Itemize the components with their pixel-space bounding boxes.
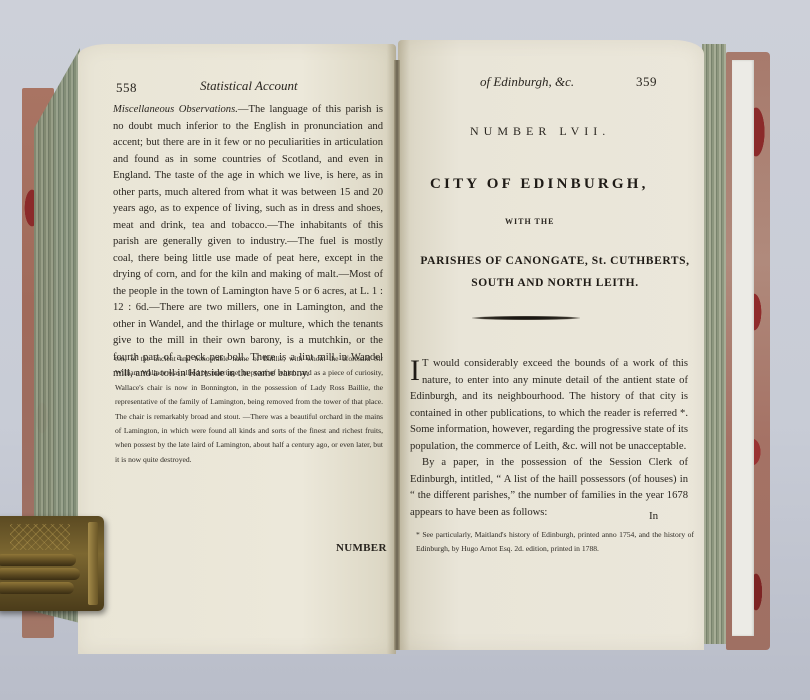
book-gutter — [394, 60, 400, 650]
subtitle-line-2: SOUTH AND NORTH LEITH. — [410, 272, 700, 294]
clip-coil — [0, 554, 76, 566]
flyleaf — [732, 60, 754, 636]
left-footnote: ton, of the ancient and honourable name … — [115, 352, 383, 467]
left-catchword: NUMBER — [336, 542, 387, 554]
right-running-head: of Edinburgh, &c. — [480, 74, 574, 90]
right-main-text: IT would considerably exceed the bounds … — [410, 356, 688, 521]
clip-coil — [0, 582, 74, 594]
brass-page-clip — [0, 516, 104, 611]
number-heading: NUMBER LVII. — [470, 124, 610, 139]
paragraph-lead: Miscellaneous Observations. — [113, 104, 238, 115]
ornamental-rule — [472, 316, 580, 320]
right-paragraph-1: IT would considerably exceed the bounds … — [410, 356, 688, 455]
right-footnote: * See particularly, Maitland's history o… — [416, 528, 694, 557]
subtitle-line-1: PARISHES OF CANONGATE, St. CUTHBERTS, — [410, 250, 700, 272]
clip-coil — [0, 568, 80, 580]
clip-crosshatch — [10, 524, 70, 550]
right-page-stack-edge — [702, 44, 726, 644]
right-paragraph-2: By a paper, in the possession of the Ses… — [410, 455, 688, 521]
right-catchword: In — [649, 510, 658, 522]
left-main-paragraph: Miscellaneous Observations.—The language… — [113, 102, 383, 383]
chapter-subtitle: PARISHES OF CANONGATE, St. CUTHBERTS, SO… — [410, 250, 700, 294]
with-the-label: WITH THE — [505, 217, 554, 226]
chapter-title: CITY OF EDINBURGH, — [430, 176, 649, 193]
clip-frame — [88, 522, 98, 605]
left-running-head: Statistical Account — [200, 78, 298, 94]
drop-cap: I — [410, 358, 420, 384]
left-page-number: 558 — [116, 80, 137, 96]
book-photo: 558 Statistical Account Miscellaneous Ob… — [0, 0, 810, 700]
right-page-number: 359 — [636, 74, 657, 90]
paragraph-body: —The language of this parish is no doubt… — [113, 104, 383, 379]
